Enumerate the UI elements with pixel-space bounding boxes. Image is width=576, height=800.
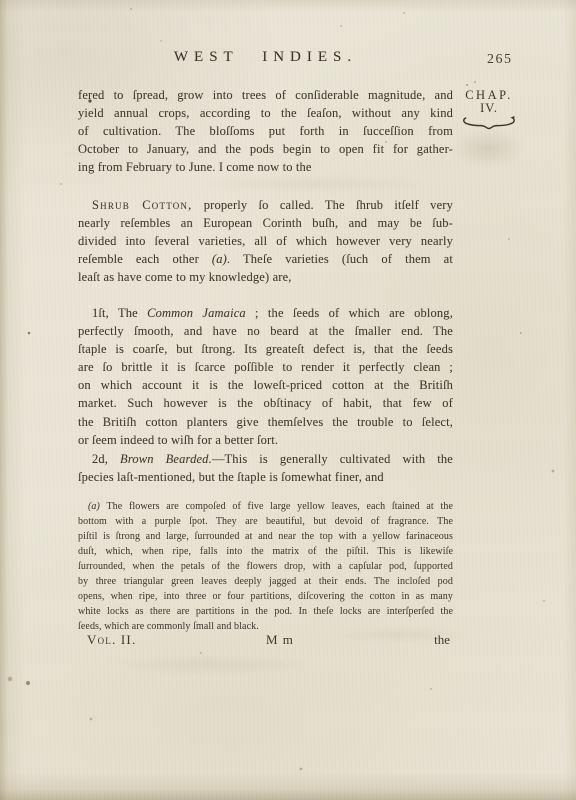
text-line: divided into ſeveral varieties, all of w… bbox=[78, 232, 453, 250]
text-line: ing from February to June. I come now to… bbox=[78, 158, 453, 176]
paragraph: 2d, Brown Bearded.—This is generally cul… bbox=[78, 450, 453, 486]
text-line: market. Such however is the obſtinacy of… bbox=[78, 394, 453, 412]
text-line: (a) The flowers are compoſed of five lar… bbox=[78, 499, 453, 514]
text-line: the Britiſh cotton planters give themſel… bbox=[78, 413, 453, 431]
paragraph: 1ſt, The Common Jamaica ; the ſeeds of w… bbox=[78, 304, 453, 449]
text-line: leaſt as have come to my knowledge) are, bbox=[78, 268, 453, 286]
text-line: 2d, Brown Bearded.—This is generally cul… bbox=[78, 450, 453, 468]
text-line: on which account it is the loweſt-priced… bbox=[78, 376, 453, 394]
text-line: nearly reſembles an European Corinth buſ… bbox=[78, 214, 453, 232]
text-line: white locks as there are partitions in t… bbox=[78, 604, 453, 619]
volume-label: Vol. II. bbox=[87, 632, 136, 648]
text-line: duſt, which, when ripe, falls into the m… bbox=[78, 544, 453, 559]
footnote: (a) The flowers are compoſed of five lar… bbox=[78, 499, 453, 634]
text-line: by three triangular green leaves deeply … bbox=[78, 574, 453, 589]
paragraph: Shrub Cotton, properly ſo called. The ſh… bbox=[78, 196, 453, 286]
text-line: Shrub Cotton, properly ſo called. The ſh… bbox=[78, 196, 453, 214]
paragraph: fered to ſpread, grow into trees of conſ… bbox=[78, 86, 453, 176]
catchword: the bbox=[434, 632, 450, 648]
show-through-smudge bbox=[110, 656, 310, 674]
text-line: ſpecies laſt-mentioned, but the ſtaple i… bbox=[78, 468, 453, 486]
text-line: ſtaple is coarſe, but ſtrong. Its greate… bbox=[78, 340, 453, 358]
text-line: are ſo brittle it is ſcarce poſſible to … bbox=[78, 358, 453, 376]
running-head: WEST INDIES. bbox=[78, 49, 453, 66]
chapter-number: IV. bbox=[455, 102, 523, 115]
text-line: October to January, and the pods begin t… bbox=[78, 140, 453, 158]
chapter-brace-icon bbox=[455, 116, 523, 130]
text-line: 1ſt, The Common Jamaica ; the ſeeds of w… bbox=[78, 304, 453, 322]
text-line: of cultivation. The bloſſoms put forth i… bbox=[78, 122, 453, 140]
paper-specks bbox=[0, 0, 2, 2]
book-page: WEST INDIES. 265 CHAP. IV. fered to ſpre… bbox=[0, 0, 576, 800]
text-line: fered to ſpread, grow into trees of conſ… bbox=[78, 86, 453, 104]
chapter-label: CHAP. bbox=[455, 88, 523, 102]
show-through-smudge bbox=[452, 128, 524, 168]
page-footer: Vol. II. M m the bbox=[78, 632, 453, 650]
signature-mark: M m bbox=[266, 632, 294, 648]
chapter-margin-note: CHAP. IV. bbox=[455, 88, 523, 130]
text-line: ſurrounded, when the petals of the flowe… bbox=[78, 559, 453, 574]
text-line: yield annual crops, according to the ſea… bbox=[78, 104, 453, 122]
text-line: or ſeem indeed to wiſh for a better ſort… bbox=[78, 431, 453, 449]
text-line: piſtil is ſtrong and large, ſurrounded a… bbox=[78, 529, 453, 544]
text-line: perfectly ſmooth, and have no beard at t… bbox=[78, 322, 453, 340]
show-through-smudge bbox=[200, 176, 430, 192]
text-line: bottom with a purple ſpot. They are beau… bbox=[78, 514, 453, 529]
page-number: 265 bbox=[487, 52, 513, 68]
text-line: reſemble each other (a). Theſe varieties… bbox=[78, 250, 453, 268]
text-line: opens, when ripe, into three or four par… bbox=[78, 589, 453, 604]
